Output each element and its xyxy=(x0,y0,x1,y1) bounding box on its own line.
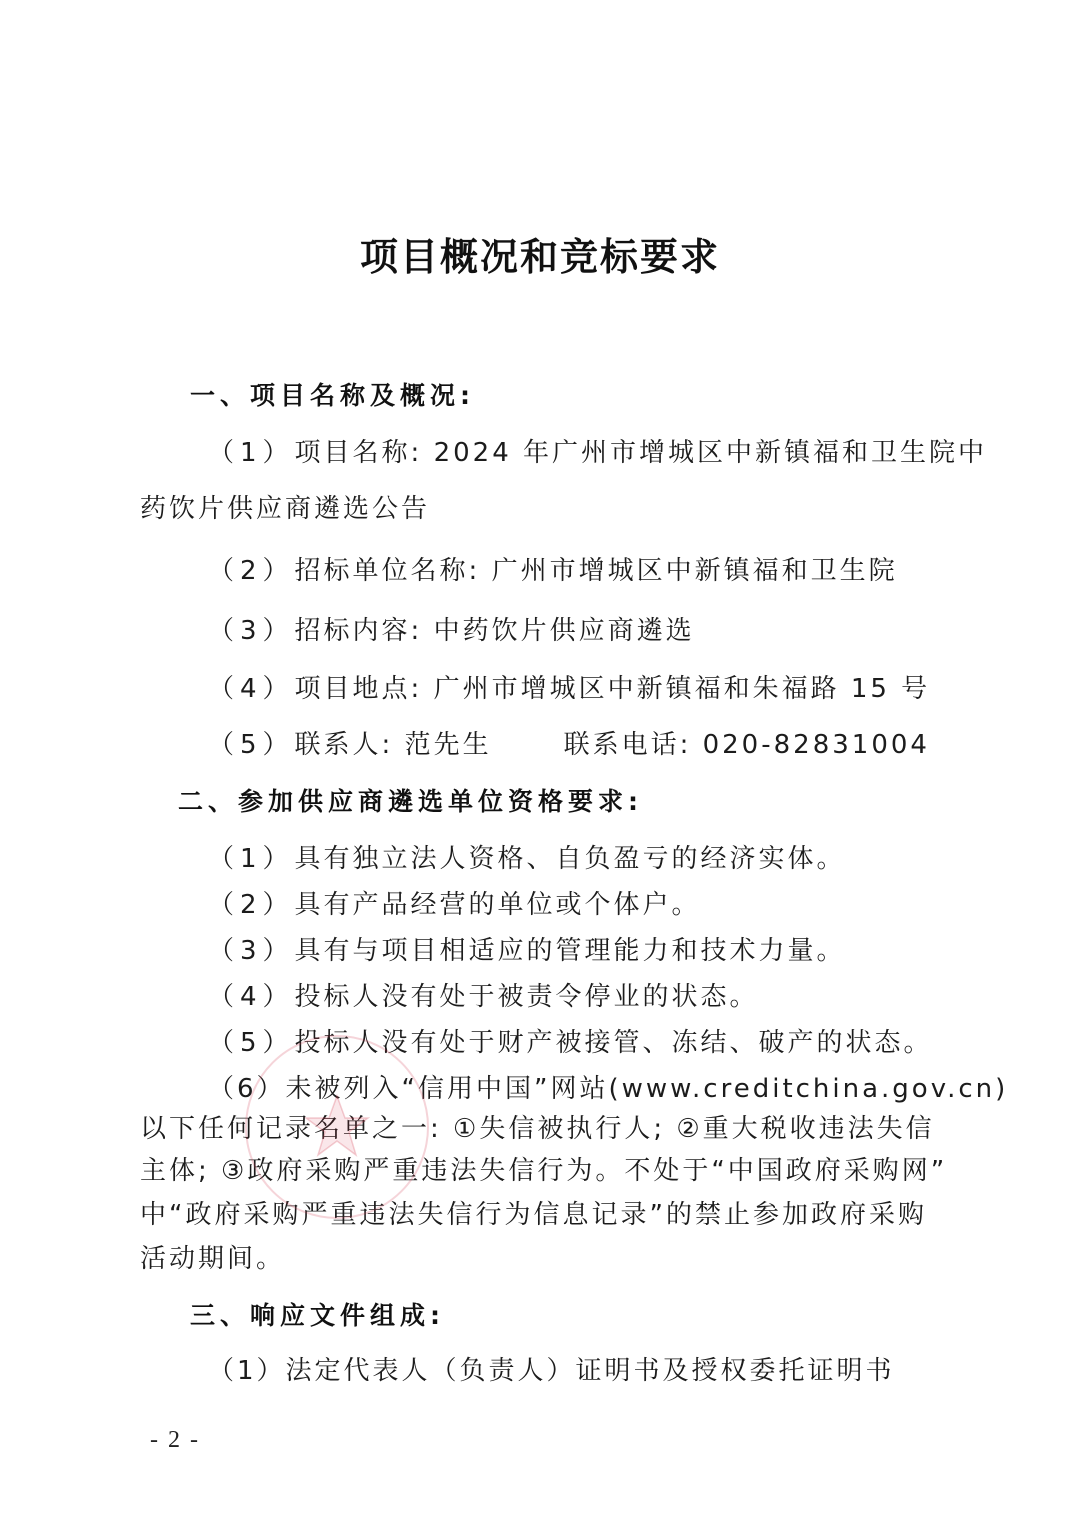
list-item-qualification: （3）具有与项目相适应的管理能力和技术力量。 xyxy=(208,930,846,967)
item-text: 招标单位名称: 广州市增城区中新镇福和卫生院 xyxy=(295,556,898,586)
item-number: （5） xyxy=(208,1022,295,1059)
item-number: （1） xyxy=(208,432,295,469)
item-text: 投标人没有处于被责令停业的状态。 xyxy=(295,982,759,1012)
section-heading-project-overview: 一、项目名称及概况: xyxy=(190,376,475,412)
list-item-continuation: 药饮片供应商遴选公告 xyxy=(140,488,430,525)
item-number: （1） xyxy=(208,1356,286,1386)
page-number: - 2 - xyxy=(150,1427,200,1454)
list-item-contact: （5）联系人: 范先生联系电话: 020-82831004 xyxy=(208,724,930,761)
list-item-qualification: （2）具有产品经营的单位或个体户。 xyxy=(208,884,701,921)
item-number: （3） xyxy=(208,930,295,967)
list-item-tender-content: （3）招标内容: 中药饮片供应商遴选 xyxy=(208,610,695,647)
item-text: 招标内容: 中药饮片供应商遴选 xyxy=(295,616,695,646)
item-number: （5） xyxy=(208,724,295,761)
list-item-qualification: （4）投标人没有处于被责令停业的状态。 xyxy=(208,976,759,1013)
item-number: （1） xyxy=(208,838,295,875)
list-item-continuation: 主体; ③政府采购严重违法失信行为。不处于“中国政府采购网” xyxy=(140,1150,947,1187)
list-item-qualification-credit: （6）未被列入“信用中国”网站(www.creditchina.gov.cn) xyxy=(208,1068,1008,1105)
list-item-project-location: （4）项目地点: 广州市增城区中新镇福和朱福路 15 号 xyxy=(208,668,930,705)
item-text: 未被列入“信用中国”网站(www.creditchina.gov.cn) xyxy=(286,1074,1009,1104)
item-number: （4） xyxy=(208,976,295,1013)
contact-phone: 联系电话: 020-82831004 xyxy=(564,730,930,760)
item-number: （4） xyxy=(208,668,295,705)
list-item-continuation: 以下任何记录名单之一: ①失信被执行人; ②重大税收违法失信 xyxy=(140,1108,935,1145)
list-item-response-document: （1）法定代表人（负责人）证明书及授权委托证明书 xyxy=(208,1350,895,1387)
item-number: （3） xyxy=(208,610,295,647)
list-item-tender-unit: （2）招标单位名称: 广州市增城区中新镇福和卫生院 xyxy=(208,550,898,587)
item-number: （2） xyxy=(208,884,295,921)
section-heading-response-documents: 三、响应文件组成: xyxy=(190,1296,445,1332)
list-item-continuation: 活动期间。 xyxy=(140,1238,285,1275)
item-text: 项目地点: 广州市增城区中新镇福和朱福路 15 号 xyxy=(295,674,931,704)
item-text: 投标人没有处于财产被接管、冻结、破产的状态。 xyxy=(295,1028,933,1058)
item-text: 项目名称: 2024 年广州市增城区中新镇福和卫生院中 xyxy=(295,438,987,468)
document-page: 项目概况和竞标要求 一、项目名称及概况: （1）项目名称: 2024 年广州市增… xyxy=(0,0,1080,1529)
item-text: 具有与项目相适应的管理能力和技术力量。 xyxy=(295,936,846,966)
list-item-qualification: （1）具有独立法人资格、自负盈亏的经济实体。 xyxy=(208,838,846,875)
item-text: 具有产品经营的单位或个体户。 xyxy=(295,890,701,920)
item-number: （6） xyxy=(208,1074,286,1104)
list-item-qualification: （5）投标人没有处于财产被接管、冻结、破产的状态。 xyxy=(208,1022,933,1059)
document-title: 项目概况和竞标要求 xyxy=(0,226,1080,281)
list-item-project-name: （1）项目名称: 2024 年广州市增城区中新镇福和卫生院中 xyxy=(208,432,987,469)
item-text: 具有独立法人资格、自负盈亏的经济实体。 xyxy=(295,844,846,874)
section-heading-qualifications: 二、参加供应商遴选单位资格要求: xyxy=(178,782,643,818)
item-text: 法定代表人（负责人）证明书及授权委托证明书 xyxy=(286,1356,895,1386)
item-number: （2） xyxy=(208,550,295,587)
list-item-continuation: 中“政府采购严重违法失信行为信息记录”的禁止参加政府采购 xyxy=(140,1194,927,1231)
contact-person: 联系人: 范先生 xyxy=(295,730,492,760)
